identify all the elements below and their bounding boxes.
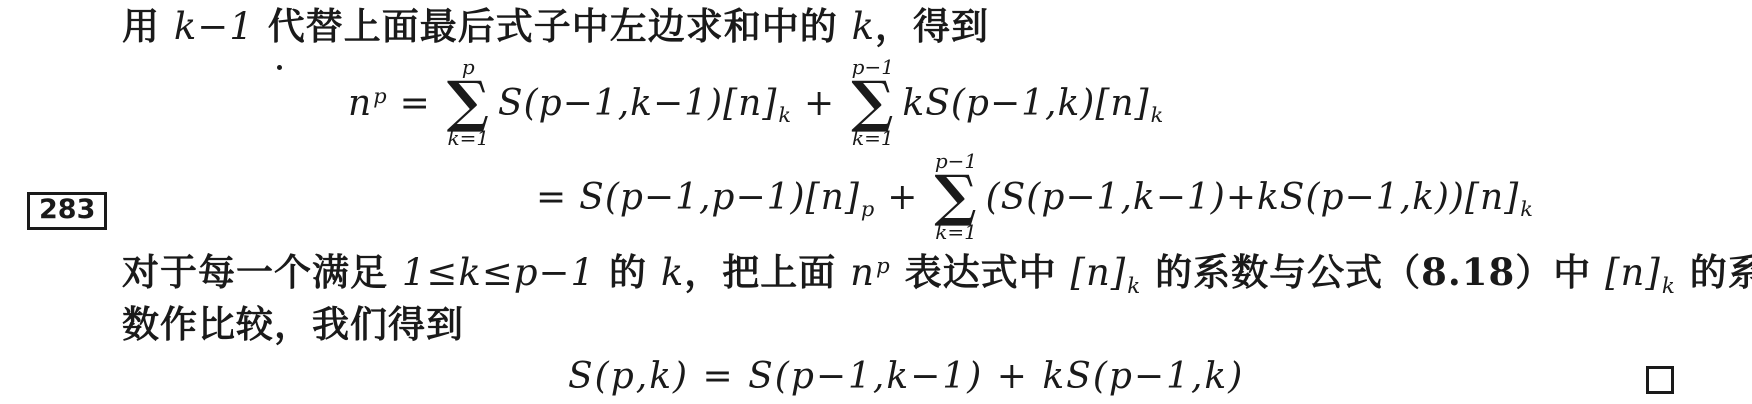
term-base: S(p−1,k−1)[n]: [498, 83, 777, 124]
intro-sentence: 用 k−1 代替上面最后式子中左边求和中的 k，得到: [122, 4, 989, 49]
term-base: S(p−1,p−1)[n]: [579, 177, 860, 218]
sum-lower-limit: k=1: [935, 222, 977, 243]
math-n-power-p: np: [348, 83, 388, 124]
sum-lower-limit: k=1: [852, 128, 894, 149]
math-exp-p: p: [373, 84, 387, 108]
term-subscript: k: [1520, 197, 1534, 221]
page-number: 283: [39, 194, 95, 225]
math-falling-factorial-k: [n]k: [1605, 251, 1676, 294]
term-base: [n]: [1071, 251, 1127, 294]
plus-sign: +: [887, 177, 918, 218]
term-subscript: k: [778, 103, 792, 127]
equals-sign: =: [400, 83, 431, 124]
term-subscript: k: [1151, 103, 1165, 127]
plus-sign: +: [804, 83, 835, 124]
math-falling-factorial-k: [n]k: [1071, 251, 1142, 294]
summation-1: p ∑ k=1: [447, 57, 490, 148]
para-text-6: 的系: [1676, 250, 1752, 294]
equation-np-line-2: = S(p−1,p−1)[n]p + p−1 ∑ k=1 (S(p−1,k−1)…: [536, 150, 1534, 244]
math-k: k: [852, 5, 875, 48]
term-subscript: p: [861, 197, 875, 221]
para-text-1: 对于每一个满足: [122, 250, 402, 294]
textbook-page: 283 用 k−1 代替上面最后式子中左边求和中的 k，得到 np = p ∑ …: [0, 0, 1752, 404]
intro-text-2: 代替上面最后式子中左边求和中的: [254, 4, 852, 48]
sigma-icon: ∑: [851, 78, 894, 127]
math-term-1: S(p−1,k−1)[n]k: [498, 83, 792, 124]
para-text-7: 数作比较，我们得到: [122, 302, 464, 346]
sigma-icon: ∑: [934, 172, 977, 221]
sum-lower-limit: k=1: [448, 128, 490, 149]
equation-stirling-recurrence: S(p,k) = S(p−1,k−1) + kS(p−1,k): [568, 352, 1244, 400]
term-subscript: k: [1127, 274, 1141, 299]
qed-square-icon: [1646, 366, 1674, 394]
math-term-1: S(p−1,p−1)[n]p: [579, 177, 875, 218]
math-1-le-k-le-p-1: 1≤k≤p−1: [402, 251, 595, 294]
intro-text-1: 用: [122, 4, 174, 48]
term-base: (S(p−1,k−1)+kS(p−1,k))[n]: [986, 177, 1520, 218]
print-artifact-dot: [277, 65, 282, 70]
page-number-box: 283: [27, 192, 107, 230]
para-text-4: 表达式中: [891, 250, 1071, 294]
intro-text-3: ，得到: [875, 4, 989, 48]
math-term-2: (S(p−1,k−1)+kS(p−1,k))[n]k: [986, 177, 1534, 218]
paragraph-line-1: 对于每一个满足 1≤k≤p−1 的 k，把上面 np 表达式中 [n]k 的系数…: [122, 250, 1752, 295]
math-n: n: [348, 83, 372, 124]
math-k: k: [661, 251, 684, 294]
recurrence-formula: S(p,k) = S(p−1,k−1) + kS(p−1,k): [568, 356, 1244, 397]
term-subscript: k: [1662, 274, 1676, 299]
equation-np-line-1: np = p ∑ k=1 S(p−1,k−1)[n]k + p−1 ∑ k=1 …: [348, 56, 1164, 150]
math-k-minus-1: k−1: [174, 5, 254, 48]
summation-3: p−1 ∑ k=1: [934, 151, 977, 242]
term-base: [n]: [1605, 251, 1661, 294]
math-exp-p: p: [876, 254, 891, 279]
para-text-5: 的系数与公式（8.18）中: [1141, 250, 1605, 294]
para-text-3: ，把上面: [684, 250, 850, 294]
term-base: kS(p−1,k)[n]: [902, 83, 1149, 124]
sigma-icon: ∑: [447, 78, 490, 127]
math-term-2: kS(p−1,k)[n]k: [902, 83, 1164, 124]
math-n-power-p: np: [850, 251, 891, 294]
math-n: n: [850, 251, 875, 294]
summation-2: p−1 ∑ k=1: [851, 57, 894, 148]
equals-sign: =: [536, 177, 567, 218]
para-text-2: 的: [595, 250, 661, 294]
paragraph-line-2: 数作比较，我们得到: [122, 302, 464, 346]
